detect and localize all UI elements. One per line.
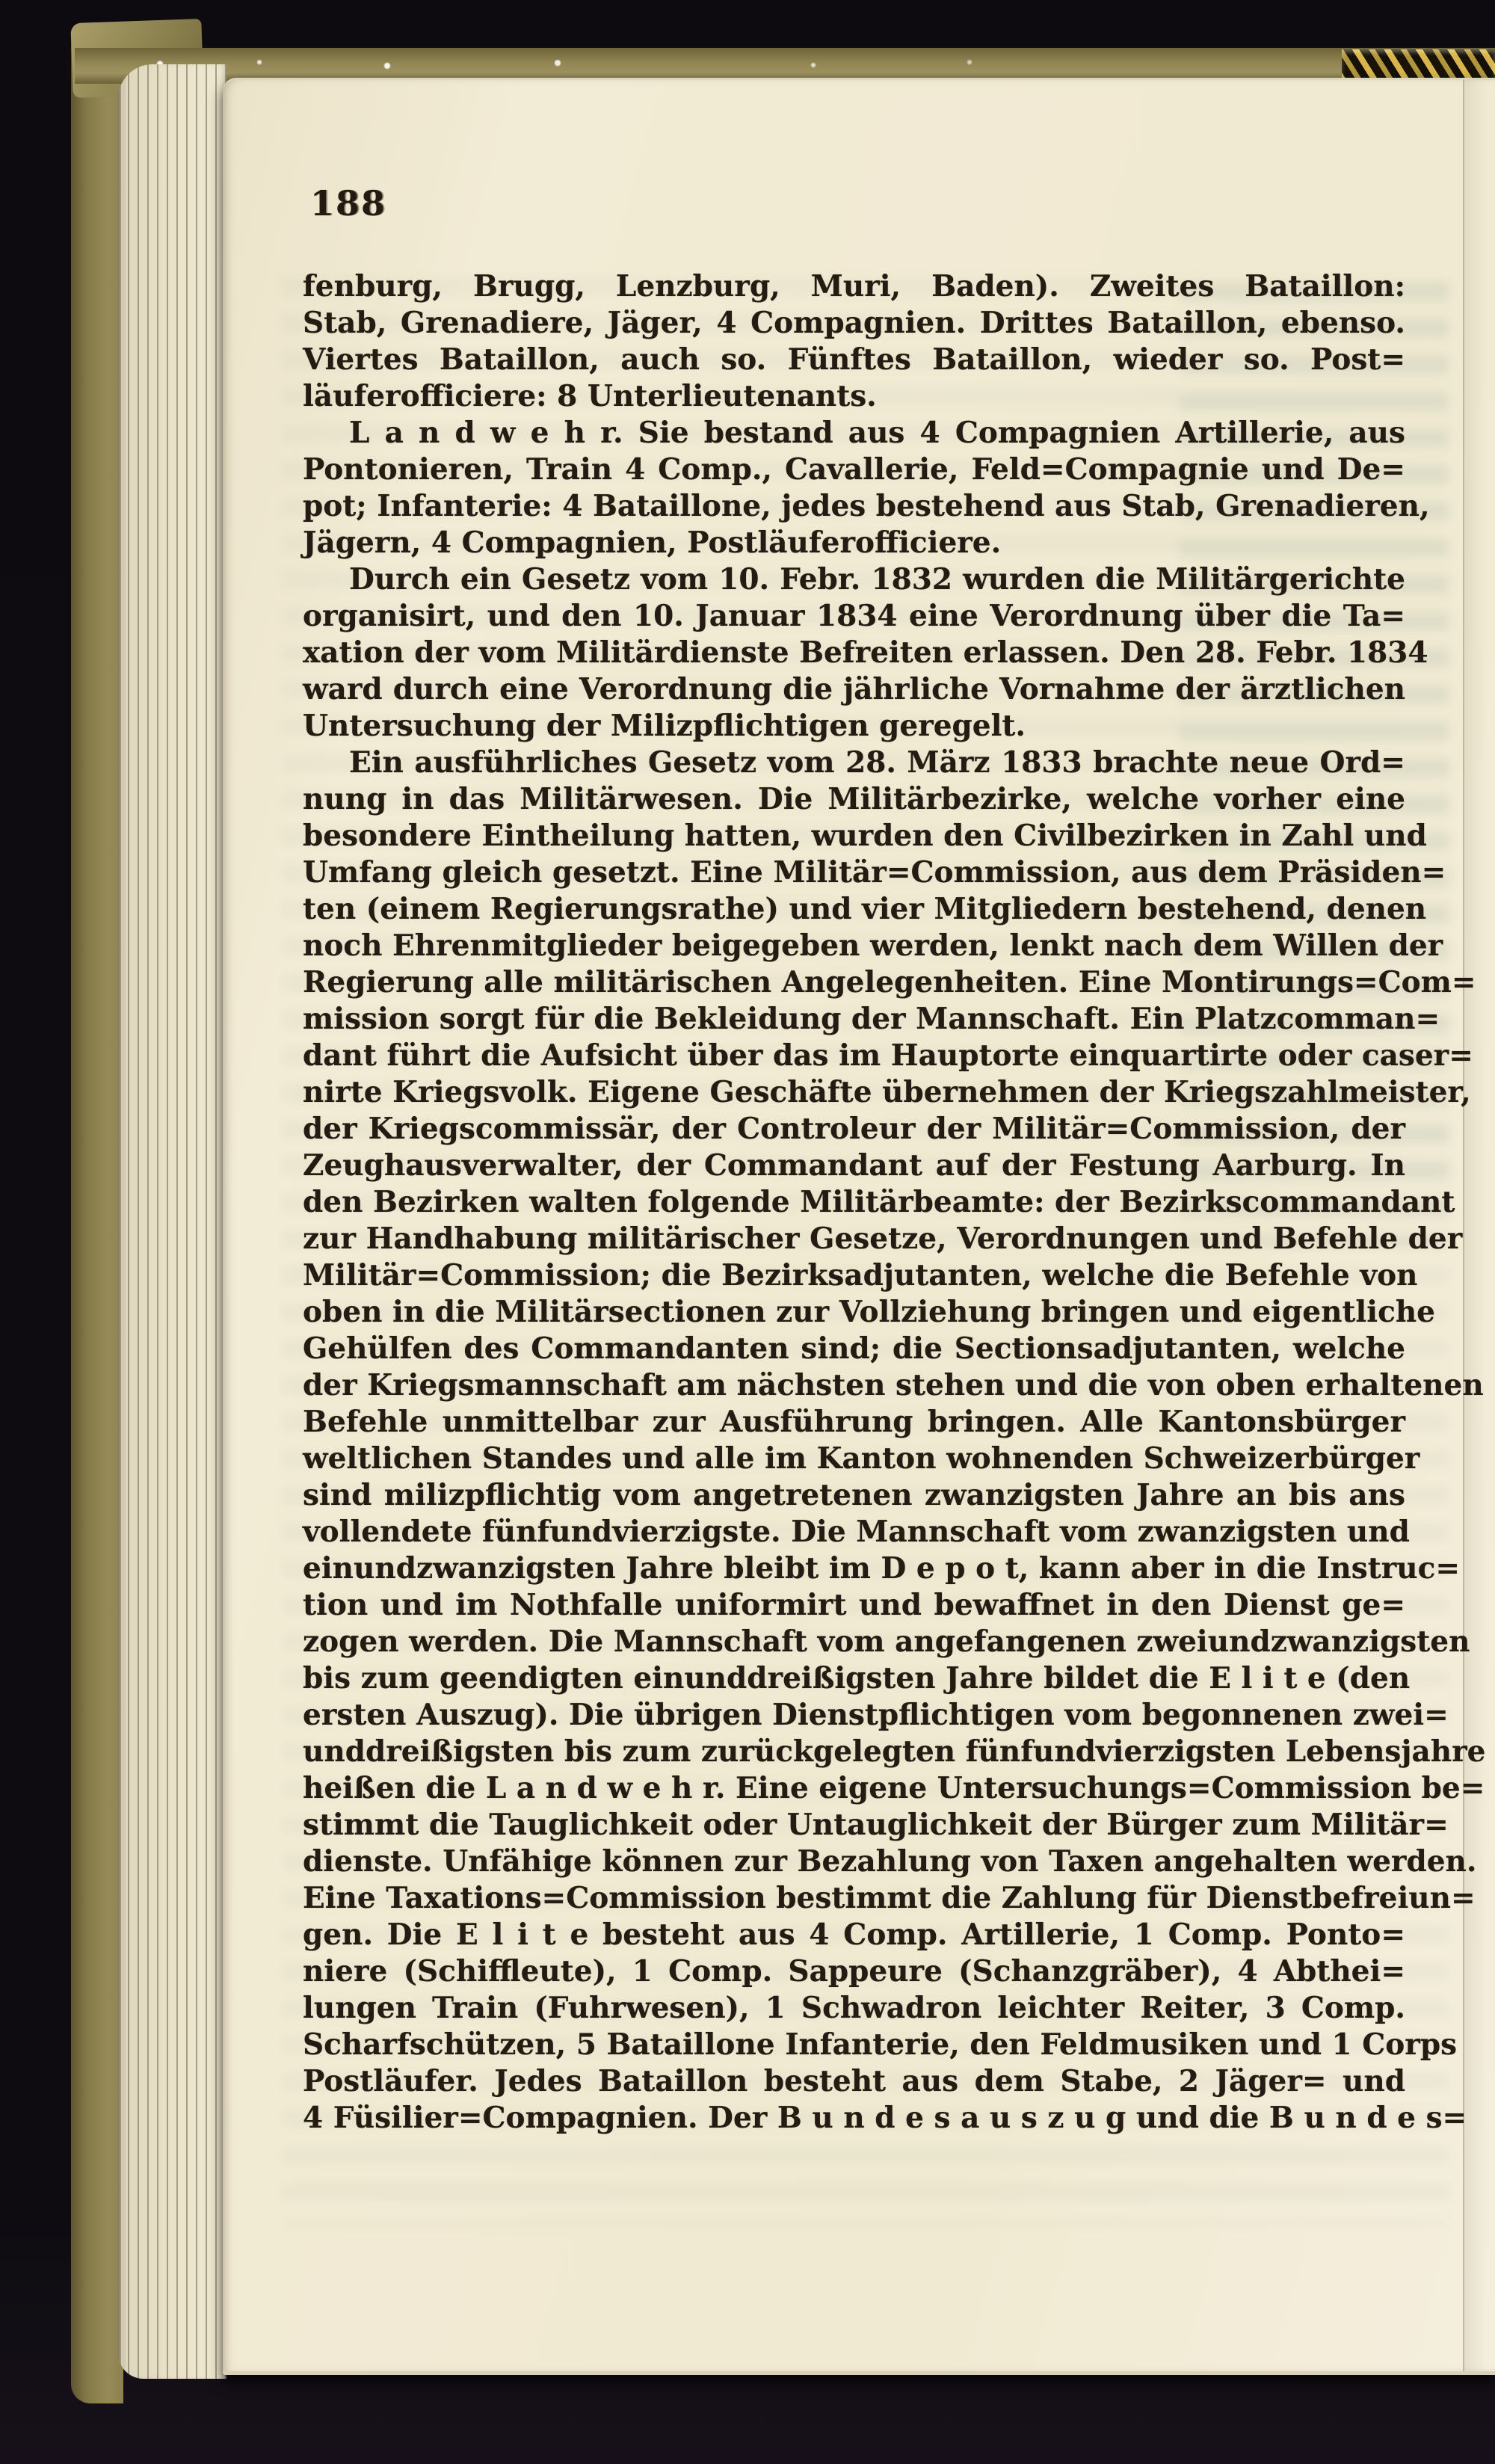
book-page: 188 fenburg, Brugg, Lenzburg, Muri, Bade… [223,78,1495,2375]
text-line: weltlichen Standes und alle im Kanton wo… [303,1441,1405,1477]
page-edge-stack [118,64,226,2379]
text-line: läuferofficiere: 8 Unterlieutenants. [303,378,1405,415]
text-line: noch Ehrenmitglieder beigegeben werden, … [303,928,1405,964]
text-line: organisirt, und den 10. Januar 1834 eine… [303,598,1405,635]
text-line: nirte Kriegsvolk. Eigene Geschäfte übern… [303,1074,1405,1111]
text-line: oben in die Militärsectionen zur Vollzie… [303,1294,1405,1331]
text-line: der Kriegsmannschaft am nächsten stehen … [303,1367,1405,1404]
text-line: zur Handhabung militärischer Gesetze, Ve… [303,1221,1405,1257]
text-line: tion und im Nothfalle uniformirt und bew… [303,1587,1405,1624]
text-line: fenburg, Brugg, Lenzburg, Muri, Baden). … [303,268,1405,305]
text-line: Eine Taxations=Commission bestimmt die Z… [303,1880,1405,1917]
fore-edge-crease [1463,80,1495,2371]
text-line: Gehülfen des Commandanten sind; die Sect… [303,1331,1405,1367]
text-line: einundzwanzigsten Jahre bleibt im D e p … [303,1550,1405,1587]
text-line: den Bezirken walten folgende Militärbeam… [303,1184,1405,1221]
text-line: xation der vom Militärdienste Befreiten … [303,635,1405,671]
text-line: niere (Schiffleute), 1 Comp. Sappeure (S… [303,1953,1405,1990]
page-number: 188 [310,183,386,224]
text-line: Scharfschützen, 5 Bataillone Infanterie,… [303,2027,1405,2063]
text-line: heißen die L a n d w e h r. Eine eigene … [303,1770,1405,1807]
text-block: fenburg, Brugg, Lenzburg, Muri, Baden). … [303,268,1405,2137]
text-line: ten (einem Regierungsrathe) und vier Mit… [303,891,1405,928]
text-line: besondere Eintheilung hatten, wurden den… [303,818,1405,854]
text-line: ward durch eine Verordnung die jährliche… [303,671,1405,708]
text-line: nung in das Militärwesen. Die Militärbez… [303,781,1405,818]
text-line: Durch ein Gesetz vom 10. Febr. 1832 wurd… [303,561,1405,598]
text-line: Zeughausverwalter, der Commandant auf de… [303,1148,1405,1184]
text-line: dienste. Unfähige können zur Bezahlung v… [303,1844,1405,1880]
text-line: Stab, Grenadiere, Jäger, 4 Compagnien. D… [303,305,1405,342]
text-line: gen. Die E l i t e besteht aus 4 Comp. A… [303,1917,1405,1953]
text-line: Militär=Commission; die Bezirksadjutante… [303,1257,1405,1294]
text-line: ersten Auszug). Die übrigen Dienstpflich… [303,1697,1405,1734]
text-line: 4 Füsilier=Compagnien. Der B u n d e s a… [303,2100,1405,2137]
text-line: dant führt die Aufsicht über das im Haup… [303,1038,1405,1074]
text-line: lungen Train (Fuhrwesen), 1 Schwadron le… [303,1990,1405,2027]
text-line: Jägern, 4 Compagnien, Postläuferofficier… [303,525,1405,561]
text-line: Regierung alle militärischen Angelegenhe… [303,964,1405,1001]
text-line: Umfang gleich gesetzt. Eine Militär=Comm… [303,854,1405,891]
text-line: zogen werden. Die Mannschaft vom angefan… [303,1624,1405,1660]
text-line: stimmt die Tauglichkeit oder Untauglichk… [303,1807,1405,1844]
text-line: pot; Infanterie: 4 Bataillone, jedes bes… [303,488,1405,525]
text-line: der Kriegscommissär, der Controleur der … [303,1111,1405,1148]
text-line: vollendete fünfundvierzigste. Die Mannsc… [303,1514,1405,1550]
text-line: unddreißigsten bis zum zurückgelegten fü… [303,1734,1405,1770]
photo-background: 188 fenburg, Brugg, Lenzburg, Muri, Bade… [0,0,1495,2464]
text-line: Postläufer. Jedes Bataillon besteht aus … [303,2063,1405,2100]
text-line: Pontonieren, Train 4 Comp., Cavallerie, … [303,452,1405,488]
text-line: Ein ausführliches Gesetz vom 28. März 18… [303,745,1405,781]
text-line: bis zum geendigten einunddreißigsten Jah… [303,1660,1405,1697]
book-cover-spine-edge [71,30,123,2403]
text-line: sind milizpflichtig vom angetretenen zwa… [303,1477,1405,1514]
text-line: Viertes Bataillon, auch so. Fünftes Bata… [303,342,1405,378]
text-line: L a n d w e h r. Sie bestand aus 4 Compa… [303,415,1405,452]
text-line: Untersuchung der Milizpflichtigen gerege… [303,708,1405,745]
text-line: Befehle unmittelbar zur Ausführung bring… [303,1404,1405,1441]
text-line: mission sorgt für die Bekleidung der Man… [303,1001,1405,1038]
